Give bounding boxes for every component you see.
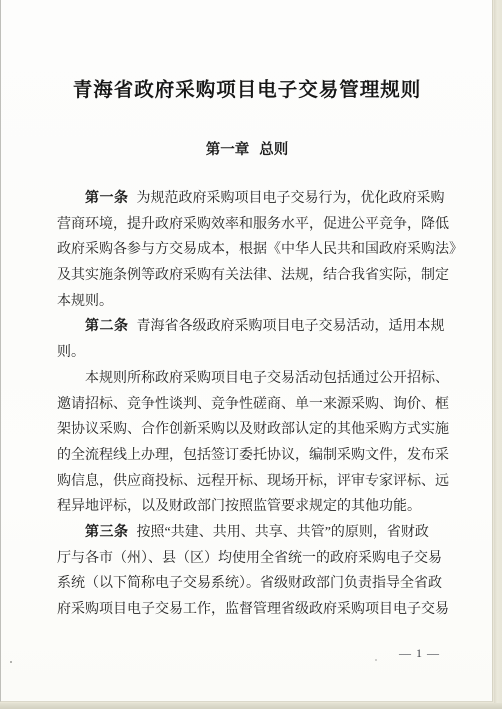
page-number: — 1 — bbox=[399, 646, 440, 661]
body-line: 程异地评标，以及财政部门按照监管要求规定的其他功能。 bbox=[57, 494, 449, 520]
article-number: 第一条 bbox=[85, 191, 129, 206]
scan-speck bbox=[10, 661, 12, 663]
document-body: 第一条为规范政府采购项目电子交易行为，优化政府采购 营商环境，提升政府采购效率和… bbox=[57, 186, 449, 623]
body-line: 系统（以下简称电子交易系统）。省级财政部门负责指导全省政 bbox=[57, 571, 449, 597]
body-line: 则。 bbox=[57, 340, 449, 366]
body-line-text: 厅与各市（州）、县（区）均使用全省统一的政府采购电子交易 bbox=[57, 551, 442, 566]
body-line: 厅与各市（州）、县（区）均使用全省统一的政府采购电子交易 bbox=[57, 546, 449, 572]
body-line: 第二条青海省各级政府采购项目电子交易活动，适用本规 bbox=[57, 314, 449, 340]
scan-speck bbox=[375, 659, 377, 661]
body-line-text: 为规范政府采购项目电子交易行为，优化政府采购 bbox=[137, 191, 445, 206]
chapter-title: 总则 bbox=[259, 142, 288, 158]
body-line-text: 购信息，供应商投标、远程开标、现场开标，评审专家评标、远 bbox=[57, 474, 449, 489]
body-line: 邀请招标、竞争性谈判、竞争性磋商、单一来源采购、询价、框 bbox=[57, 392, 449, 418]
body-line: 本规则。 bbox=[57, 289, 449, 315]
body-line-text: 本规则。 bbox=[57, 294, 113, 309]
body-line: 第三条按照“共建、共用、共享、共管”的原则，省财政 bbox=[57, 520, 449, 546]
body-line-text: 则。 bbox=[57, 345, 85, 360]
chapter-number: 第一章 bbox=[206, 142, 250, 158]
scan-edge-bottom bbox=[0, 703, 502, 709]
article-number: 第二条 bbox=[85, 319, 129, 334]
body-line-text: 本规则所称政府采购项目电子交易活动包括通过公开招标、 bbox=[85, 371, 449, 386]
body-line-text: 架协议采购、合作创新采购以及财政部认定的其他采购方式实施 bbox=[57, 422, 449, 437]
body-line-text: 营商环境，提升政府采购效率和服务水平，促进公平竞争，降低 bbox=[57, 217, 449, 232]
body-line-text: 及其实施条例等政府采购有关法律、法规，结合我省实际，制定 bbox=[57, 268, 449, 283]
body-line: 本规则所称政府采购项目电子交易活动包括通过公开招标、 bbox=[57, 366, 449, 392]
body-line-text: 邀请招标、竞争性谈判、竞争性磋商、单一来源采购、询价、框 bbox=[57, 397, 449, 412]
document-title: 青海省政府采购项目电子交易管理规则 bbox=[0, 74, 494, 102]
body-line-text: 系统（以下简称电子交易系统）。省级财政部门负责指导全省政 bbox=[57, 576, 442, 591]
body-line-text: 府采购项目电子交易工作，监督管理省级政府采购项目电子交易 bbox=[57, 602, 449, 617]
body-line: 购信息，供应商投标、远程开标、现场开标，评审专家评标、远 bbox=[57, 469, 449, 495]
body-line: 及其实施条例等政府采购有关法律、法规，结合我省实际，制定 bbox=[57, 263, 449, 289]
scan-edge-right bbox=[494, 0, 502, 709]
body-line-text: 按照“共建、共用、共享、共管”的原则，省财政 bbox=[137, 525, 429, 540]
scanned-document: 青海省政府采购项目电子交易管理规则 第一章总则 第一条为规范政府采购项目电子交易… bbox=[0, 0, 502, 709]
article-number: 第三条 bbox=[85, 525, 129, 540]
body-line: 府采购项目电子交易工作，监督管理省级政府采购项目电子交易 bbox=[57, 597, 449, 623]
body-line: 政府采购各参与方交易成本，根据《中华人民共和国政府采购法》 bbox=[57, 237, 449, 263]
body-line: 营商环境，提升政府采购效率和服务水平，促进公平竞争，降低 bbox=[57, 212, 449, 238]
body-line: 第一条为规范政府采购项目电子交易行为，优化政府采购 bbox=[57, 186, 449, 212]
body-line-text: 的全流程线上办理，包括签订委托协议，编制采购文件，发布采 bbox=[57, 448, 449, 463]
body-line-text: 青海省各级政府采购项目电子交易活动，适用本规 bbox=[137, 319, 445, 334]
body-line-text: 程异地评标，以及财政部门按照监管要求规定的其他功能。 bbox=[57, 499, 421, 514]
chapter-heading: 第一章总则 bbox=[0, 138, 494, 159]
body-line: 的全流程线上办理，包括签订委托协议，编制采购文件，发布采 bbox=[57, 443, 449, 469]
body-line: 架协议采购、合作创新采购以及财政部认定的其他采购方式实施 bbox=[57, 417, 449, 443]
body-line-text: 政府采购各参与方交易成本，根据《中华人民共和国政府采购法》 bbox=[57, 242, 463, 257]
